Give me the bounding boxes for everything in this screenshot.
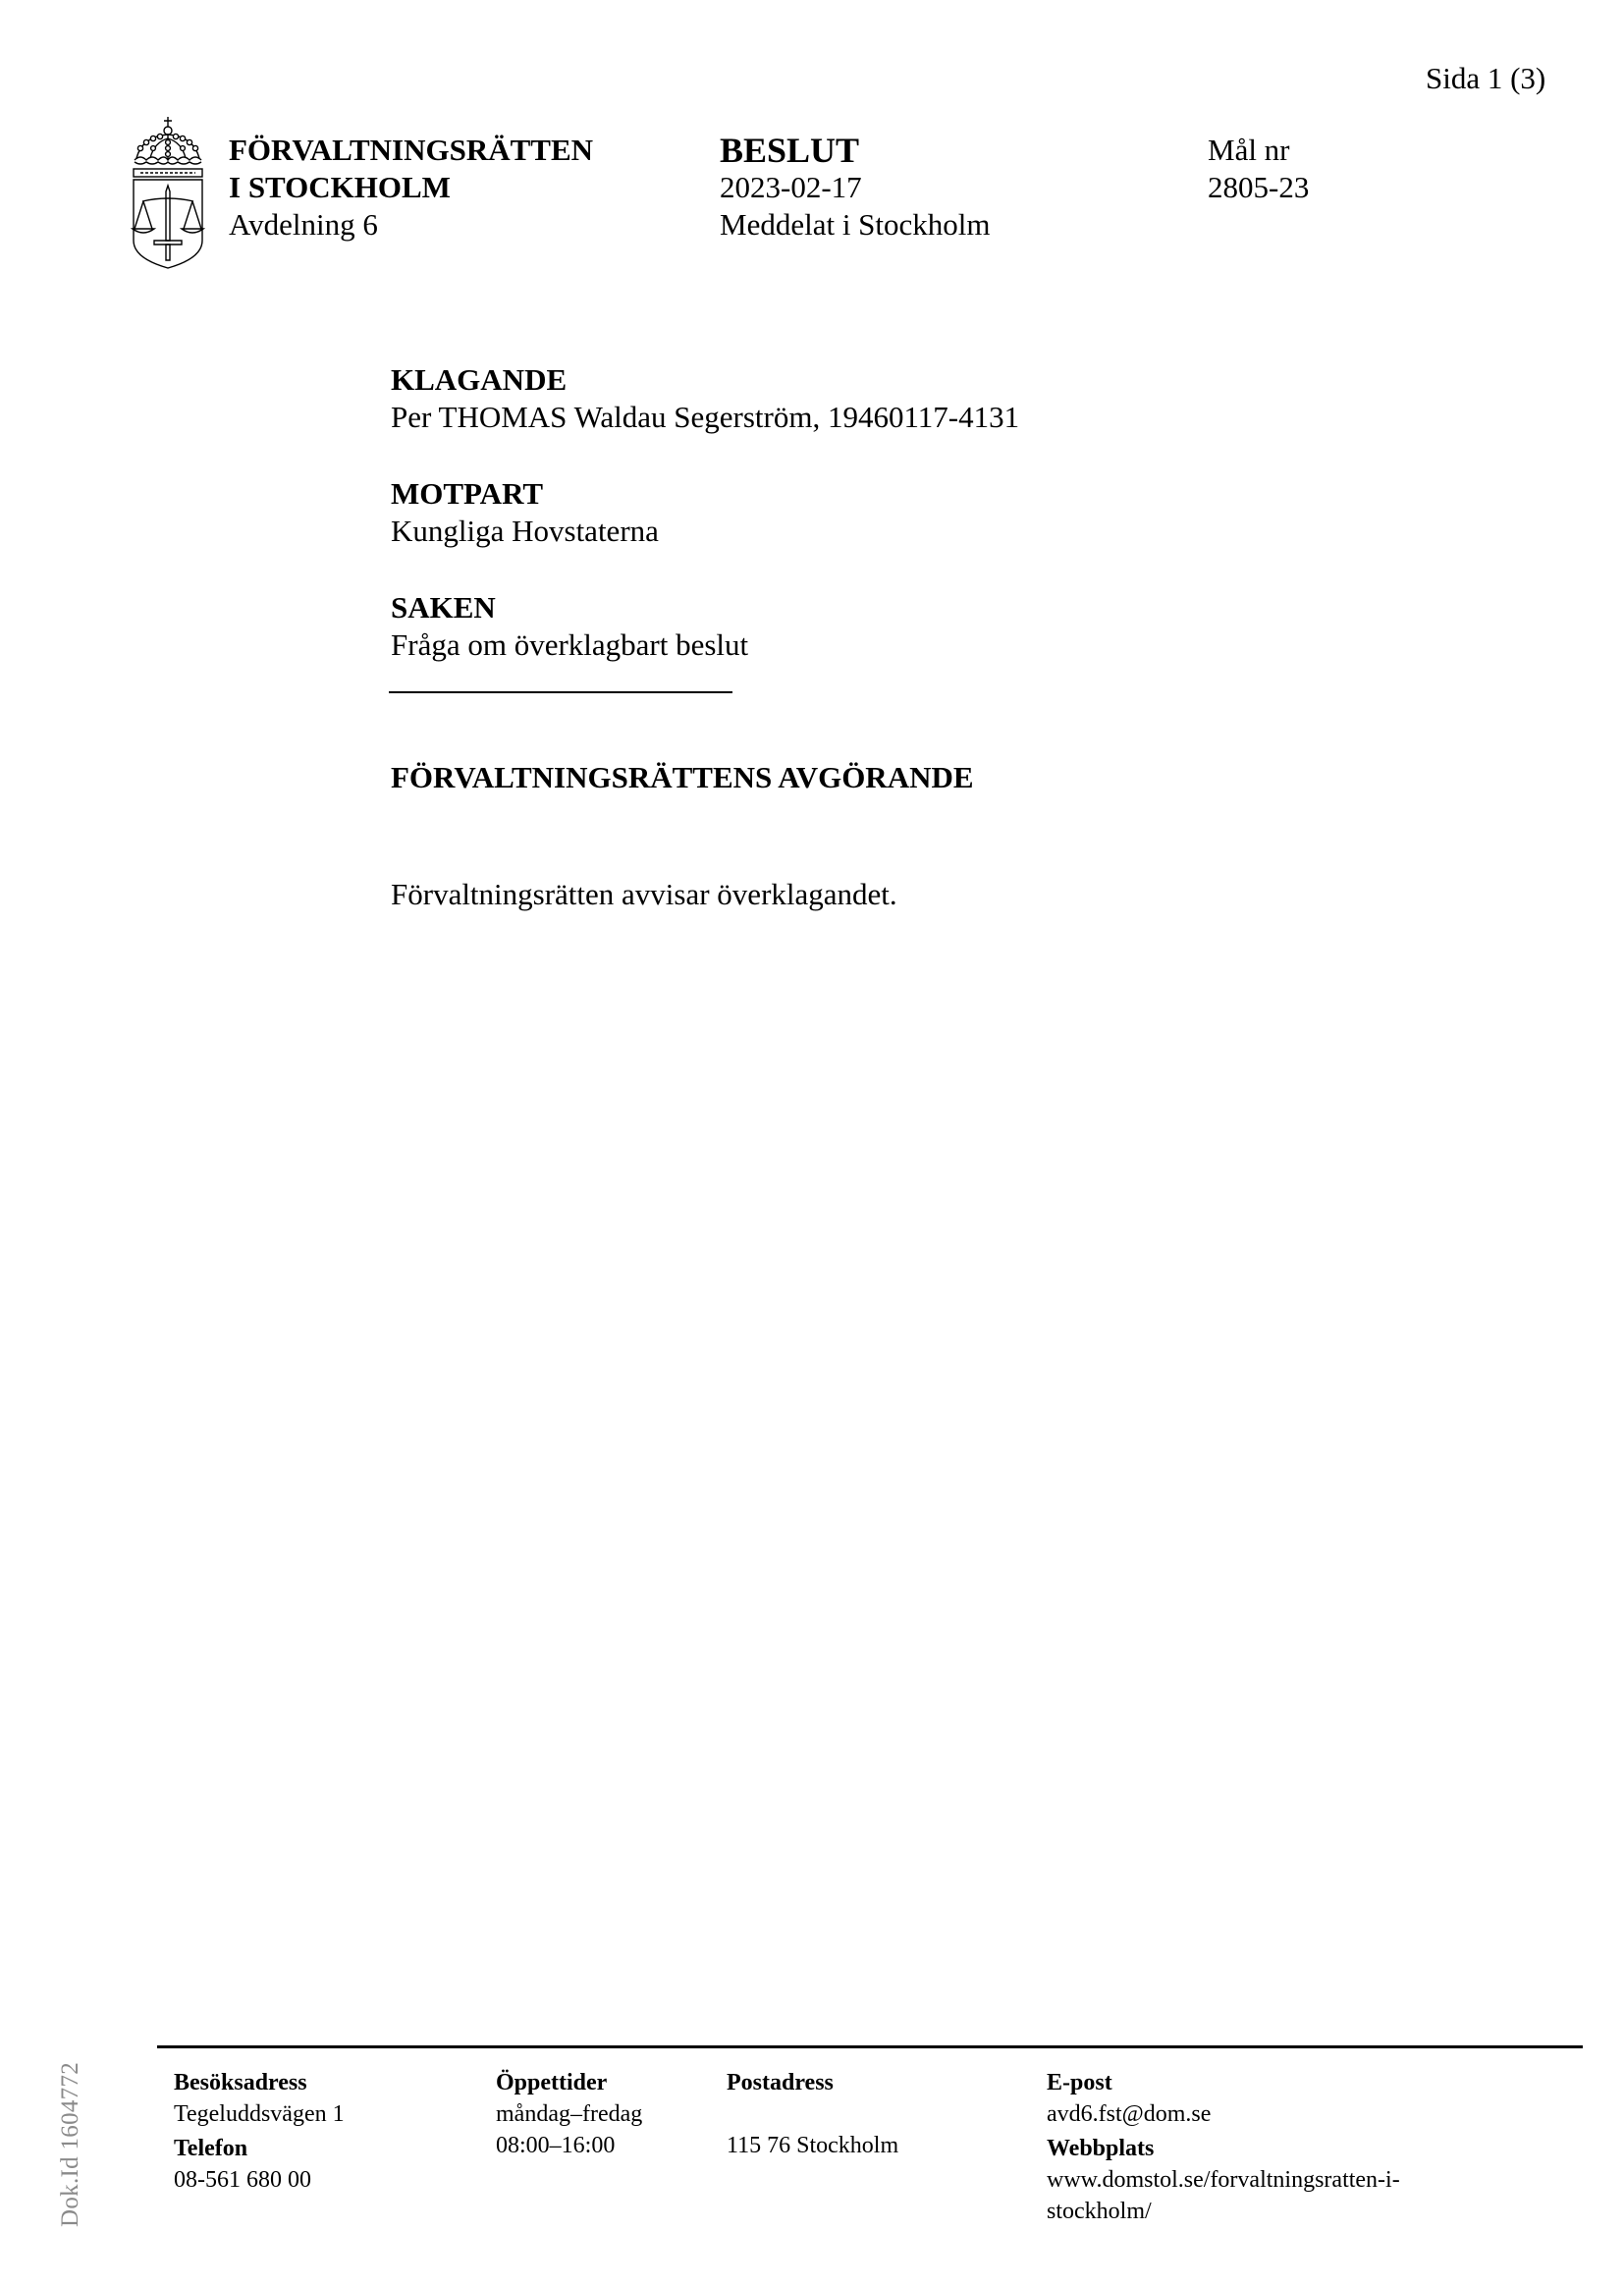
decision-heading: FÖRVALTNINGSRÄTTENS AVGÖRANDE bbox=[391, 759, 974, 796]
section-motpart: MOTPART Kungliga Hovstaterna bbox=[391, 475, 659, 550]
saken-value: Fråga om överklagbart beslut bbox=[391, 626, 748, 664]
motpart-label: MOTPART bbox=[391, 475, 659, 513]
klagande-value: Per THOMAS Waldau Segerström, 19460117-4… bbox=[391, 399, 1019, 436]
phone-value: 08-561 680 00 bbox=[174, 2164, 345, 2196]
website-link-line2[interactable]: stockholm/ bbox=[1047, 2196, 1400, 2227]
opening-hours-label: Öppettider bbox=[496, 2067, 642, 2098]
case-block: Mål nr 2805-23 bbox=[1208, 132, 1309, 206]
postal-address-label: Postadress bbox=[727, 2067, 898, 2098]
court-name-line1: FÖRVALTNINGSRÄTTEN bbox=[229, 132, 593, 169]
phone-label: Telefon bbox=[174, 2133, 345, 2164]
document-type: BESLUT bbox=[720, 132, 991, 169]
email-link[interactable]: avd6.fst@dom.se bbox=[1047, 2098, 1400, 2130]
division: Avdelning 6 bbox=[229, 206, 593, 244]
document-id: Dok.Id 1604772 bbox=[57, 2062, 84, 2227]
section-klagande: KLAGANDE Per THOMAS Waldau Segerström, 1… bbox=[391, 361, 1019, 436]
page-indicator: Sida 1 (3) bbox=[1426, 61, 1545, 96]
visiting-address-label: Besöksadress bbox=[174, 2067, 345, 2098]
motpart-value: Kungliga Hovstaterna bbox=[391, 513, 659, 550]
postal-address-value: 115 76 Stockholm bbox=[727, 2130, 898, 2161]
section-divider bbox=[389, 691, 732, 693]
case-number: 2805-23 bbox=[1208, 169, 1309, 206]
footer-column-postal: Postadress 115 76 Stockholm bbox=[727, 2067, 898, 2161]
saken-label: SAKEN bbox=[391, 589, 748, 626]
section-saken: SAKEN Fråga om överklagbart beslut bbox=[391, 589, 748, 664]
visiting-address-value: Tegeluddsvägen 1 bbox=[174, 2098, 345, 2130]
footer-column-contact: E-post avd6.fst@dom.se Webbplats www.dom… bbox=[1047, 2067, 1400, 2227]
document-date: 2023-02-17 bbox=[720, 169, 991, 206]
opening-days: måndag–fredag bbox=[496, 2098, 642, 2130]
document-info-block: BESLUT 2023-02-17 Meddelat i Stockholm bbox=[720, 132, 991, 244]
website-label: Webbplats bbox=[1047, 2133, 1400, 2164]
decision-text: Förvaltningsrätten avvisar överklagandet… bbox=[391, 876, 897, 913]
footer-rule bbox=[157, 2045, 1583, 2048]
court-name-line2: I STOCKHOLM bbox=[229, 169, 593, 206]
klagande-label: KLAGANDE bbox=[391, 361, 1019, 399]
case-label: Mål nr bbox=[1208, 132, 1309, 169]
footer-column-visit-phone: Besöksadress Tegeluddsvägen 1 Telefon 08… bbox=[174, 2067, 345, 2196]
swedish-court-coat-of-arms-icon bbox=[129, 115, 207, 270]
court-block: FÖRVALTNINGSRÄTTEN I STOCKHOLM Avdelning… bbox=[229, 132, 593, 244]
opening-hours: 08:00–16:00 bbox=[496, 2130, 642, 2161]
email-label: E-post bbox=[1047, 2067, 1400, 2098]
website-link-line1[interactable]: www.domstol.se/forvaltningsratten-i- bbox=[1047, 2164, 1400, 2196]
issued-place: Meddelat i Stockholm bbox=[720, 206, 991, 244]
footer-column-hours: Öppettider måndag–fredag 08:00–16:00 bbox=[496, 2067, 642, 2161]
